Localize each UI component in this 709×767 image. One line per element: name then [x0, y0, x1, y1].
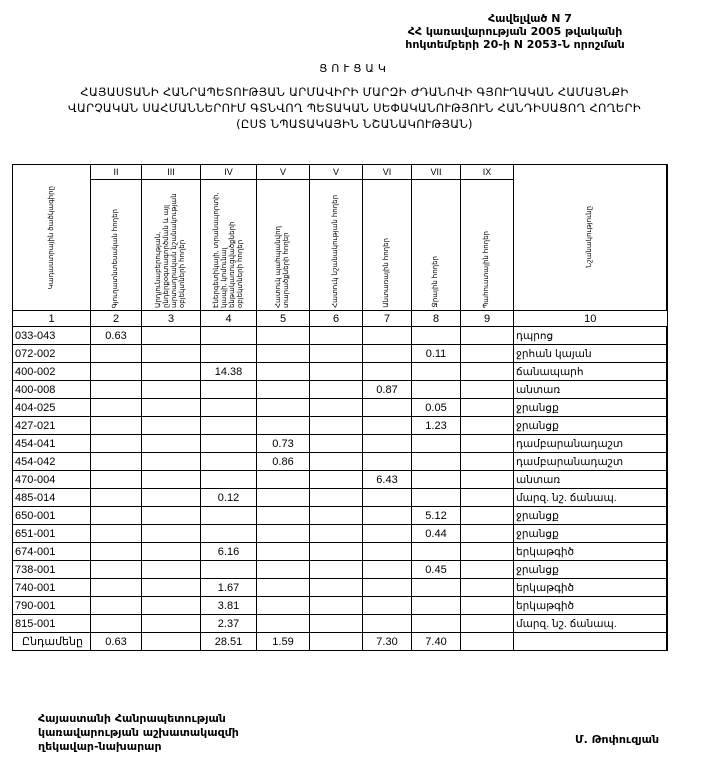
total-cell-c6 [310, 633, 363, 651]
area-cell-c5 [257, 471, 310, 489]
area-cell-c3 [142, 597, 201, 615]
total-use-cell [514, 633, 668, 651]
area-cell-c5 [257, 543, 310, 561]
area-cell-c2 [91, 489, 142, 507]
area-cell-c8 [412, 453, 461, 471]
column-header-text: Պահուստային հողեր [483, 229, 491, 310]
area-cell-c5 [257, 363, 310, 381]
area-cell-c8: 5.12 [412, 507, 461, 525]
area-cell-c2 [91, 363, 142, 381]
column-header-text: Արդյունաբերության, ընդերքօգտագործման և ա… [155, 180, 187, 310]
signatory-line-2: կառավարության աշխատակազմի [38, 726, 239, 740]
cadastral-code: 072-002 [13, 345, 91, 363]
area-cell-c5: 0.86 [257, 453, 310, 471]
column-number-1: 1 [13, 311, 91, 327]
area-cell-c8: 0.05 [412, 399, 461, 417]
area-cell-c2 [91, 579, 142, 597]
area-cell-c3 [142, 345, 201, 363]
cadastral-code: 650-001 [13, 507, 91, 525]
area-cell-c7 [363, 435, 412, 453]
area-cell-c4 [201, 507, 257, 525]
area-cell-c6 [310, 345, 363, 363]
area-cell-c7: 0.87 [363, 381, 412, 399]
annex-reference: Հավելված N 7 ՀՀ կառավարության 2005 թվակա… [385, 12, 645, 51]
area-cell-c5 [257, 579, 310, 597]
cadastral-code: 454-042 [13, 453, 91, 471]
total-row: Ընդամենը0.6328.511.597.307.40 [13, 633, 668, 651]
area-cell-c4 [201, 417, 257, 435]
land-use-purpose: ճանապարհ [514, 363, 668, 381]
area-cell-c9 [461, 489, 514, 507]
area-cell-c6 [310, 525, 363, 543]
area-cell-c7 [363, 579, 412, 597]
area-cell-c9 [461, 453, 514, 471]
land-use-purpose: ջրանցք [514, 561, 668, 579]
area-cell-c2 [91, 417, 142, 435]
table-row: 454-0420.86դամբարանադաշտ [13, 453, 668, 471]
column-header-text: Կադաստրային ծածկագիրը [48, 184, 56, 291]
table-row: 400-0080.87անտառ [13, 381, 668, 399]
column-number-5: 5 [257, 311, 310, 327]
area-cell-c7 [363, 417, 412, 435]
document-title: ՀԱՅԱՍՏԱՆԻ ՀԱՆՐԱՊԵՏՈՒԹՅԱՆ ԱՐՄԱՎԻՐԻ ՄԱՐԶԻ … [0, 84, 709, 132]
area-cell-c2 [91, 345, 142, 363]
total-cell-c2: 0.63 [91, 633, 142, 651]
roman-header-8: VII [412, 165, 461, 180]
area-cell-c5 [257, 525, 310, 543]
area-cell-c3 [142, 615, 201, 633]
area-cell-c4 [201, 399, 257, 417]
signatory-title: Հայաստանի Հանրապետության կառավարության ա… [38, 712, 239, 754]
roman-header-4: IV [201, 165, 257, 180]
area-cell-c5 [257, 489, 310, 507]
area-cell-c9 [461, 525, 514, 543]
area-cell-c4 [201, 453, 257, 471]
area-cell-c4 [201, 471, 257, 489]
column-header-5: Հատուկ պահպանվող տարածքների հողեր [257, 180, 310, 311]
area-cell-c4: 3.81 [201, 597, 257, 615]
annex-number: Հավելված N 7 [385, 12, 645, 25]
column-number-4: 4 [201, 311, 257, 327]
area-cell-c6 [310, 489, 363, 507]
title-line-1: ՀԱՅԱՍՏԱՆԻ ՀԱՆՐԱՊԵՏՈՒԹՅԱՆ ԱՐՄԱՎԻՐԻ ՄԱՐԶԻ … [0, 84, 709, 100]
area-cell-c8: 0.45 [412, 561, 461, 579]
land-table: Կադաստրային ծածկագիրըIIIIIIVVVVIVIIIXՆշա… [12, 164, 668, 651]
area-cell-c9 [461, 435, 514, 453]
land-use-purpose: դամբարանադաշտ [514, 435, 668, 453]
signatory-line-3: ղեկավար-նախարար [38, 740, 239, 754]
area-cell-c3 [142, 363, 201, 381]
area-cell-c8 [412, 435, 461, 453]
area-cell-c8 [412, 471, 461, 489]
cadastral-code: 033-043 [13, 327, 91, 345]
column-number-2: 2 [91, 311, 142, 327]
land-use-purpose: ջրանցք [514, 525, 668, 543]
column-number-row: 12345678910 [13, 311, 668, 327]
roman-header-9: IX [461, 165, 514, 180]
area-cell-c3 [142, 327, 201, 345]
area-cell-c6 [310, 399, 363, 417]
land-use-purpose: դամբարանադաշտ [514, 453, 668, 471]
area-cell-c8 [412, 579, 461, 597]
area-cell-c5 [257, 327, 310, 345]
table-row: 427-0211.23ջրանցք [13, 417, 668, 435]
column-number-6: 6 [310, 311, 363, 327]
cadastral-code: 674-001 [13, 543, 91, 561]
land-use-purpose: ջրանցք [514, 507, 668, 525]
signatory-line-1: Հայաստանի Հանրապետության [38, 712, 239, 726]
land-use-purpose: երկաթգիծ [514, 579, 668, 597]
area-cell-c9 [461, 381, 514, 399]
area-cell-c5: 0.73 [257, 435, 310, 453]
cadastral-code: 815-001 [13, 615, 91, 633]
area-cell-c4: 6.16 [201, 543, 257, 561]
land-use-purpose: ջրհան կայան [514, 345, 668, 363]
area-cell-c9 [461, 417, 514, 435]
table-row: 400-00214.38ճանապարհ [13, 363, 668, 381]
area-cell-c4: 2.37 [201, 615, 257, 633]
area-cell-c6 [310, 615, 363, 633]
roman-header-3: III [142, 165, 201, 180]
column-header-7: Անտառային հողեր [363, 180, 412, 311]
area-cell-c7 [363, 507, 412, 525]
column-header-10: Նշանակությունը [514, 165, 668, 311]
annex-decree-line: ՀՀ կառավարության 2005 թվականի [385, 25, 645, 38]
column-header-text: Հատուկ նշանակության հողեր [332, 193, 340, 310]
column-header-9: Պահուստային հողեր [461, 180, 514, 311]
area-cell-c9 [461, 615, 514, 633]
area-cell-c9 [461, 579, 514, 597]
total-cell-c8: 7.40 [412, 633, 461, 651]
table-row: 790-0013.81երկաթգիծ [13, 597, 668, 615]
table-row: 033-0430.63դպրոց [13, 327, 668, 345]
area-cell-c6 [310, 561, 363, 579]
area-cell-c9 [461, 363, 514, 381]
total-cell-c4: 28.51 [201, 633, 257, 651]
cadastral-code: 454-041 [13, 435, 91, 453]
area-cell-c4 [201, 327, 257, 345]
area-cell-c6 [310, 597, 363, 615]
column-header-text: Էներգետիկայի, տրանսպորտի, կապի, կոմունալ… [213, 180, 245, 310]
column-number-7: 7 [363, 311, 412, 327]
area-cell-c6 [310, 471, 363, 489]
column-header-text: Ջրային հողեր [432, 254, 440, 310]
area-cell-c9 [461, 561, 514, 579]
area-cell-c5 [257, 597, 310, 615]
area-cell-c4: 1.67 [201, 579, 257, 597]
column-number-8: 8 [412, 311, 461, 327]
land-use-purpose: ջրանցք [514, 399, 668, 417]
area-cell-c8 [412, 489, 461, 507]
area-cell-c7 [363, 489, 412, 507]
total-label: Ընդամենը [13, 633, 91, 651]
area-cell-c8 [412, 363, 461, 381]
table-row: 651-0010.44ջրանցք [13, 525, 668, 543]
area-cell-c2 [91, 543, 142, 561]
area-cell-c5 [257, 507, 310, 525]
area-cell-c5 [257, 381, 310, 399]
area-cell-c3 [142, 453, 201, 471]
area-cell-c9 [461, 507, 514, 525]
list-heading: ՑՈՒՑԱԿ [0, 62, 709, 75]
area-cell-c3 [142, 579, 201, 597]
area-cell-c9 [461, 597, 514, 615]
area-cell-c5 [257, 561, 310, 579]
total-cell-c5: 1.59 [257, 633, 310, 651]
column-header-2: Գյուղատնտեսական հողեր [91, 180, 142, 311]
column-header-text: Անտառային հողեր [383, 236, 391, 310]
roman-header-5: V [257, 165, 310, 180]
area-cell-c9 [461, 327, 514, 345]
table-row: 404-0250.05ջրանցք [13, 399, 668, 417]
area-cell-c4 [201, 435, 257, 453]
area-cell-c4 [201, 525, 257, 543]
roman-header-6: V [310, 165, 363, 180]
area-cell-c3 [142, 507, 201, 525]
area-cell-c5 [257, 615, 310, 633]
area-cell-c7 [363, 561, 412, 579]
area-cell-c2 [91, 597, 142, 615]
area-cell-c2 [91, 399, 142, 417]
land-use-purpose: անտառ [514, 381, 668, 399]
area-cell-c7 [363, 615, 412, 633]
area-cell-c6 [310, 543, 363, 561]
column-header-6: Հատուկ նշանակության հողեր [310, 180, 363, 311]
total-cell-c3 [142, 633, 201, 651]
column-number-10: 10 [514, 311, 668, 327]
area-cell-c6 [310, 417, 363, 435]
area-cell-c3 [142, 525, 201, 543]
area-cell-c8 [412, 381, 461, 399]
table-row: 740-0011.67երկաթգիծ [13, 579, 668, 597]
area-cell-c2 [91, 471, 142, 489]
column-header-text: Հատուկ պահպանվող տարածքների հողեր [275, 180, 291, 310]
area-cell-c9 [461, 471, 514, 489]
roman-header-row: Կադաստրային ծածկագիրըIIIIIIVVVVIVIIIXՆշա… [13, 165, 668, 180]
cadastral-code: 790-001 [13, 597, 91, 615]
area-cell-c7 [363, 525, 412, 543]
land-use-purpose: դպրոց [514, 327, 668, 345]
cadastral-code: 400-002 [13, 363, 91, 381]
table-row: 815-0012.37մարզ. նշ. ճանապ. [13, 615, 668, 633]
cadastral-code: 651-001 [13, 525, 91, 543]
table-row: 674-0016.16երկաթգիծ [13, 543, 668, 561]
signatory-name: Մ. Թոփուզյան [575, 733, 659, 746]
area-cell-c8 [412, 327, 461, 345]
area-cell-c6 [310, 507, 363, 525]
total-cell-c9 [461, 633, 514, 651]
area-cell-c7 [363, 543, 412, 561]
area-cell-c7 [363, 597, 412, 615]
area-cell-c3 [142, 399, 201, 417]
table-row: 650-0015.12ջրանցք [13, 507, 668, 525]
area-cell-c2 [91, 615, 142, 633]
table-row: 738-0010.45ջրանցք [13, 561, 668, 579]
table-row: 454-0410.73դամբարանադաշտ [13, 435, 668, 453]
area-cell-c2: 0.63 [91, 327, 142, 345]
column-header-3: Արդյունաբերության, ընդերքօգտագործման և ա… [142, 180, 201, 311]
area-cell-c3 [142, 543, 201, 561]
cadastral-code: 404-025 [13, 399, 91, 417]
area-cell-c8: 0.11 [412, 345, 461, 363]
area-cell-c3 [142, 561, 201, 579]
area-cell-c7 [363, 453, 412, 471]
roman-header-7: VI [363, 165, 412, 180]
area-cell-c7: 6.43 [363, 471, 412, 489]
area-cell-c6 [310, 327, 363, 345]
area-cell-c4 [201, 561, 257, 579]
area-cell-c7 [363, 345, 412, 363]
column-header-4: Էներգետիկայի, տրանսպորտի, կապի, կոմունալ… [201, 180, 257, 311]
area-cell-c3 [142, 435, 201, 453]
column-number-3: 3 [142, 311, 201, 327]
cadastral-code: 740-001 [13, 579, 91, 597]
area-cell-c8: 1.23 [412, 417, 461, 435]
area-cell-c4: 0.12 [201, 489, 257, 507]
cadastral-code: 400-008 [13, 381, 91, 399]
area-cell-c3 [142, 417, 201, 435]
table-row: 470-0046.43անտառ [13, 471, 668, 489]
area-cell-c6 [310, 363, 363, 381]
area-cell-c9 [461, 399, 514, 417]
area-cell-c2 [91, 381, 142, 399]
area-cell-c3 [142, 489, 201, 507]
area-cell-c7 [363, 399, 412, 417]
cadastral-code: 427-021 [13, 417, 91, 435]
area-cell-c5 [257, 399, 310, 417]
area-cell-c3 [142, 471, 201, 489]
land-use-purpose: անտառ [514, 471, 668, 489]
table-row: 072-0020.11ջրհան կայան [13, 345, 668, 363]
area-cell-c6 [310, 381, 363, 399]
roman-header-2: II [91, 165, 142, 180]
total-cell-c7: 7.30 [363, 633, 412, 651]
column-header-1: Կադաստրային ծածկագիրը [13, 165, 91, 311]
area-cell-c6 [310, 453, 363, 471]
area-cell-c4: 14.38 [201, 363, 257, 381]
area-cell-c8 [412, 615, 461, 633]
area-cell-c6 [310, 435, 363, 453]
column-header-text: Գյուղատնտեսական հողեր [112, 207, 120, 311]
area-cell-c2 [91, 507, 142, 525]
column-number-9: 9 [461, 311, 514, 327]
area-cell-c2 [91, 435, 142, 453]
land-use-purpose: մարզ. նշ. ճանապ. [514, 489, 668, 507]
cadastral-code: 470-004 [13, 471, 91, 489]
land-use-purpose: երկաթգիծ [514, 543, 668, 561]
title-line-3: (ԸՍՏ ՆՊԱՏԱԿԱՅԻՆ ՆՇԱՆԱԿՈՒԹՅԱՆ) [0, 116, 709, 132]
area-cell-c7 [363, 363, 412, 381]
cadastral-code: 485-014 [13, 489, 91, 507]
area-cell-c8: 0.44 [412, 525, 461, 543]
annex-date-line: հոկտեմբերի 20-ի N 2053-Ն որոշման [385, 38, 645, 51]
area-cell-c3 [142, 381, 201, 399]
column-header-8: Ջրային հողեր [412, 180, 461, 311]
table-row: 485-0140.12մարզ. նշ. ճանապ. [13, 489, 668, 507]
area-cell-c8 [412, 543, 461, 561]
area-cell-c6 [310, 579, 363, 597]
area-cell-c2 [91, 525, 142, 543]
area-cell-c4 [201, 345, 257, 363]
land-use-purpose: երկաթգիծ [514, 597, 668, 615]
title-line-2: ՎԱՐՉԱԿԱՆ ՍԱՀՄԱՆՆԵՐՈՒՄ ԳՏՆՎՈՂ ՊԵՏԱԿԱՆ ՍԵՓ… [0, 100, 709, 116]
area-cell-c7 [363, 327, 412, 345]
area-cell-c2 [91, 561, 142, 579]
area-cell-c5 [257, 417, 310, 435]
area-cell-c4 [201, 381, 257, 399]
area-cell-c9 [461, 345, 514, 363]
area-cell-c9 [461, 543, 514, 561]
cadastral-code: 738-001 [13, 561, 91, 579]
area-cell-c2 [91, 453, 142, 471]
land-use-purpose: մարզ. նշ. ճանապ. [514, 615, 668, 633]
area-cell-c5 [257, 345, 310, 363]
area-cell-c8 [412, 597, 461, 615]
column-header-text: Նշանակությունը [586, 204, 594, 270]
land-use-purpose: ջրանցք [514, 417, 668, 435]
